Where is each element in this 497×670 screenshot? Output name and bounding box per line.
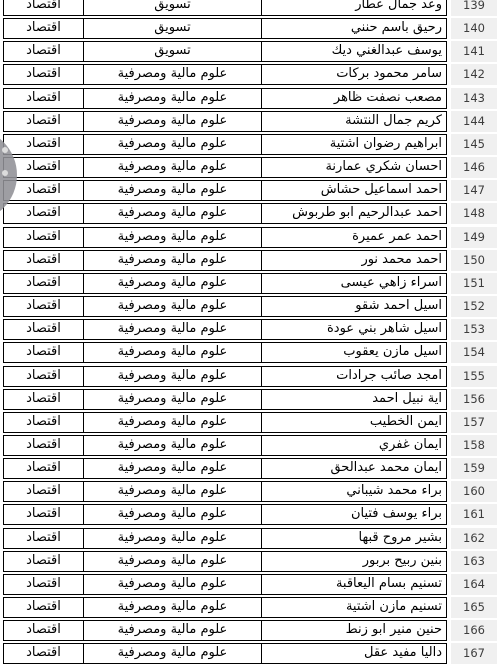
name-cell[interactable]: اسيل شاهر بني عودة (261, 319, 447, 340)
table-row: اقتصاد علوم مالية ومصرفية امجد صائب جراد… (3, 366, 447, 387)
major-cell[interactable]: علوم مالية ومصرفية (83, 528, 263, 549)
faculty-cell[interactable]: اقتصاد (3, 18, 84, 39)
row-number-header[interactable]: 151 (451, 273, 497, 294)
table-row: اقتصاد تسويق وعد جمال عطار (3, 0, 447, 16)
table-row: اقتصاد علوم مالية ومصرفية بنين ربيح بربو… (3, 551, 447, 572)
name-cell[interactable]: رحيق باسم حنني (261, 18, 447, 39)
name-cell[interactable]: احمد اسماعيل حشاش (261, 180, 447, 201)
handle-dot-icon (2, 147, 8, 153)
row-number-header[interactable]: 164 (451, 574, 497, 595)
table-row: اقتصاد علوم مالية ومصرفية احمد اسماعيل ح… (3, 180, 447, 201)
table-row: اقتصاد علوم مالية ومصرفية اسراء زاهي عيس… (3, 273, 447, 294)
table-row: اقتصاد تسويق رحيق باسم حنني (3, 18, 447, 39)
table-row: اقتصاد علوم مالية ومصرفية اسيل احمد شقو (3, 296, 447, 317)
major-cell[interactable]: علوم مالية ومصرفية (83, 620, 263, 641)
name-cell[interactable]: براء محمد شيباني (261, 481, 447, 502)
row-number-header[interactable]: 143 (451, 88, 497, 109)
faculty-cell[interactable]: اقتصاد (3, 319, 84, 340)
row-number-header[interactable]: 167 (451, 643, 497, 664)
row-number-header[interactable]: 141 (451, 41, 497, 62)
name-cell[interactable]: احمد عمر عميرة (261, 227, 447, 248)
row-number-header[interactable]: 159 (451, 458, 497, 479)
table-row: اقتصاد علوم مالية ومصرفية اسيل شاهر بني … (3, 319, 447, 340)
faculty-cell[interactable]: اقتصاد (3, 273, 84, 294)
faculty-cell[interactable]: اقتصاد (3, 0, 84, 16)
faculty-cell[interactable]: اقتصاد (3, 342, 84, 363)
handle-dot-icon (2, 170, 8, 176)
table-row: اقتصاد علوم مالية ومصرفية براء محمد شيبا… (3, 481, 447, 502)
table-row: اقتصاد علوم مالية ومصرفية مصعب نصفت ظاهر (3, 88, 447, 109)
table-row: اقتصاد علوم مالية ومصرفية سامر محمود برك… (3, 64, 447, 85)
major-cell[interactable]: تسويق (83, 41, 263, 62)
table-row: اقتصاد علوم مالية ومصرفية بشير مروح قبها (3, 528, 447, 549)
table-row: اقتصاد علوم مالية ومصرفية احسان شكري عما… (3, 157, 447, 178)
major-cell[interactable]: علوم مالية ومصرفية (83, 296, 263, 317)
major-cell[interactable]: علوم مالية ومصرفية (83, 88, 263, 109)
faculty-cell[interactable]: اقتصاد (3, 643, 84, 664)
faculty-cell[interactable]: اقتصاد (3, 227, 84, 248)
row-number-header[interactable]: 162 (451, 528, 497, 549)
major-cell[interactable]: علوم مالية ومصرفية (83, 574, 263, 595)
faculty-cell[interactable]: اقتصاد (3, 389, 84, 410)
major-cell[interactable]: علوم مالية ومصرفية (83, 227, 263, 248)
row-number-header[interactable]: 160 (451, 481, 497, 502)
major-cell[interactable]: علوم مالية ومصرفية (83, 435, 263, 456)
faculty-cell[interactable]: اقتصاد (3, 296, 84, 317)
row-number-header[interactable]: 153 (451, 319, 497, 340)
major-cell[interactable]: علوم مالية ومصرفية (83, 643, 263, 664)
faculty-cell[interactable]: اقتصاد (3, 366, 84, 387)
name-cell[interactable]: يوسف عبدالغني ديك (261, 41, 447, 62)
faculty-cell[interactable]: اقتصاد (3, 458, 84, 479)
table-row: اقتصاد علوم مالية ومصرفية اسيل مازن يعقو… (3, 342, 447, 363)
row-number-header[interactable]: 145 (451, 134, 497, 155)
row-number-header[interactable]: 163 (451, 551, 497, 572)
row-number-header[interactable]: 166 (451, 620, 497, 641)
row-number-header[interactable]: 152 (451, 296, 497, 317)
name-cell[interactable]: داليا مفيد عقل (261, 643, 447, 664)
name-cell[interactable]: اسيل مازن يعقوب (261, 342, 447, 363)
name-cell[interactable]: تسنيم بسام اليعاقبة (261, 574, 447, 595)
row-number-header[interactable]: 161 (451, 504, 497, 525)
row-number-header[interactable]: 139 (451, 0, 497, 16)
major-cell[interactable]: علوم مالية ومصرفية (83, 250, 263, 271)
name-cell[interactable]: بنين ربيح بربور (261, 551, 447, 572)
row-number-header[interactable]: 158 (451, 435, 497, 456)
name-cell[interactable]: اسيل احمد شقو (261, 296, 447, 317)
major-cell[interactable]: علوم مالية ومصرفية (83, 597, 263, 618)
table-row: اقتصاد علوم مالية ومصرفية براء يوسف فتيا… (3, 504, 447, 525)
major-cell[interactable]: علوم مالية ومصرفية (83, 481, 263, 502)
row-number-header[interactable]: 148 (451, 203, 497, 224)
name-cell[interactable]: ايمان غفري (261, 435, 447, 456)
name-cell[interactable]: مصعب نصفت ظاهر (261, 88, 447, 109)
faculty-cell[interactable]: اقتصاد (3, 435, 84, 456)
faculty-cell[interactable]: اقتصاد (3, 504, 84, 525)
name-cell[interactable]: وعد جمال عطار (261, 0, 447, 16)
name-cell[interactable]: كريم جمال النتشة (261, 111, 447, 132)
row-number-header[interactable]: 140 (451, 18, 497, 39)
row-number-header[interactable]: 154 (451, 342, 497, 363)
faculty-cell[interactable]: اقتصاد (3, 412, 84, 433)
table-row: اقتصاد علوم مالية ومصرفية احمد محمد نور (3, 250, 447, 271)
table-row: اقتصاد علوم مالية ومصرفية تسنيم مازن اشت… (3, 597, 447, 618)
table-row: اقتصاد علوم مالية ومصرفية احمد عمر عميرة (3, 227, 447, 248)
faculty-cell[interactable]: اقتصاد (3, 597, 84, 618)
row-number-header[interactable]: 144 (451, 111, 497, 132)
table-row: اقتصاد تسويق يوسف عبدالغني ديك (3, 41, 447, 62)
major-cell[interactable]: علوم مالية ومصرفية (83, 412, 263, 433)
faculty-cell[interactable]: اقتصاد (3, 528, 84, 549)
row-number-header[interactable]: 150 (451, 250, 497, 271)
row-number-header[interactable]: 146 (451, 157, 497, 178)
major-cell[interactable]: علوم مالية ومصرفية (83, 203, 263, 224)
major-cell[interactable]: علوم مالية ومصرفية (83, 134, 263, 155)
row-number-header[interactable]: 142 (451, 64, 497, 85)
major-cell[interactable]: تسويق (83, 0, 263, 16)
faculty-cell[interactable]: اقتصاد (3, 134, 84, 155)
major-cell[interactable]: علوم مالية ومصرفية (83, 180, 263, 201)
major-cell[interactable]: علوم مالية ومصرفية (83, 458, 263, 479)
row-number-gutter: 1391401411421431441451461471481491501511… (451, 0, 497, 667)
faculty-cell[interactable]: اقتصاد (3, 64, 84, 85)
table-row: اقتصاد علوم مالية ومصرفية احمد عبدالرحيم… (3, 203, 447, 224)
row-number-header[interactable]: 149 (451, 227, 497, 248)
table-row: اقتصاد علوم مالية ومصرفية ايمان غفري (3, 435, 447, 456)
name-cell[interactable]: احمد محمد نور (261, 250, 447, 271)
faculty-cell[interactable]: اقتصاد (3, 41, 84, 62)
name-cell[interactable]: بشير مروح قبها (261, 528, 447, 549)
name-cell[interactable]: حنين منير ابو زنط (261, 620, 447, 641)
table-row: اقتصاد علوم مالية ومصرفية ابراهيم رضوان … (3, 134, 447, 155)
name-cell[interactable]: اية نبيل احمد (261, 389, 447, 410)
name-cell[interactable]: احمد عبدالرحيم ابو طربوش (261, 203, 447, 224)
major-cell[interactable]: علوم مالية ومصرفية (83, 551, 263, 572)
major-cell[interactable]: علوم مالية ومصرفية (83, 342, 263, 363)
name-cell[interactable]: ابراهيم رضوان اشتية (261, 134, 447, 155)
faculty-cell[interactable]: اقتصاد (3, 620, 84, 641)
name-cell[interactable]: اسراء زاهي عيسى (261, 273, 447, 294)
name-cell[interactable]: تسنيم مازن اشتية (261, 597, 447, 618)
table-row: اقتصاد علوم مالية ومصرفية تسنيم بسام الي… (3, 574, 447, 595)
major-cell[interactable]: علوم مالية ومصرفية (83, 504, 263, 525)
name-cell[interactable]: سامر محمود بركات (261, 64, 447, 85)
major-cell[interactable]: علوم مالية ومصرفية (83, 366, 263, 387)
faculty-cell[interactable]: اقتصاد (3, 551, 84, 572)
major-cell[interactable]: علوم مالية ومصرفية (83, 319, 263, 340)
name-cell[interactable]: ايمن الخطيب (261, 412, 447, 433)
table-row: اقتصاد علوم مالية ومصرفية داليا مفيد عقل (3, 643, 447, 664)
faculty-cell[interactable]: اقتصاد (3, 111, 84, 132)
table-row: اقتصاد علوم مالية ومصرفية كريم جمال النت… (3, 111, 447, 132)
faculty-cell[interactable]: اقتصاد (3, 574, 84, 595)
table-row: اقتصاد علوم مالية ومصرفية حنين منير ابو … (3, 620, 447, 641)
major-cell[interactable]: علوم مالية ومصرفية (83, 273, 263, 294)
name-cell[interactable]: ايمان محمد عبدالحق (261, 458, 447, 479)
row-number-header[interactable]: 147 (451, 180, 497, 201)
table-row: اقتصاد علوم مالية ومصرفية ايمن الخطيب (3, 412, 447, 433)
major-cell[interactable]: علوم مالية ومصرفية (83, 111, 263, 132)
row-number-header[interactable]: 165 (451, 597, 497, 618)
faculty-cell[interactable]: اقتصاد (3, 88, 84, 109)
major-cell[interactable]: علوم مالية ومصرفية (83, 157, 263, 178)
row-number-header[interactable]: 156 (451, 389, 497, 410)
row-number-header[interactable]: 155 (451, 366, 497, 387)
name-cell[interactable]: احسان شكري عمارنة (261, 157, 447, 178)
faculty-cell[interactable]: اقتصاد (3, 481, 84, 502)
major-cell[interactable]: علوم مالية ومصرفية (83, 389, 263, 410)
spreadsheet-grid: اقتصاد تسويق وعد جمال عطار اقتصاد تسويق … (3, 0, 447, 667)
major-cell[interactable]: علوم مالية ومصرفية (83, 64, 263, 85)
row-number-header[interactable]: 157 (451, 412, 497, 433)
table-row: اقتصاد علوم مالية ومصرفية اية نبيل احمد (3, 389, 447, 410)
faculty-cell[interactable]: اقتصاد (3, 203, 84, 224)
major-cell[interactable]: تسويق (83, 18, 263, 39)
name-cell[interactable]: امجد صائب جرادات (261, 366, 447, 387)
table-row: اقتصاد علوم مالية ومصرفية ايمان محمد عبد… (3, 458, 447, 479)
name-cell[interactable]: براء يوسف فتيان (261, 504, 447, 525)
faculty-cell[interactable]: اقتصاد (3, 250, 84, 271)
